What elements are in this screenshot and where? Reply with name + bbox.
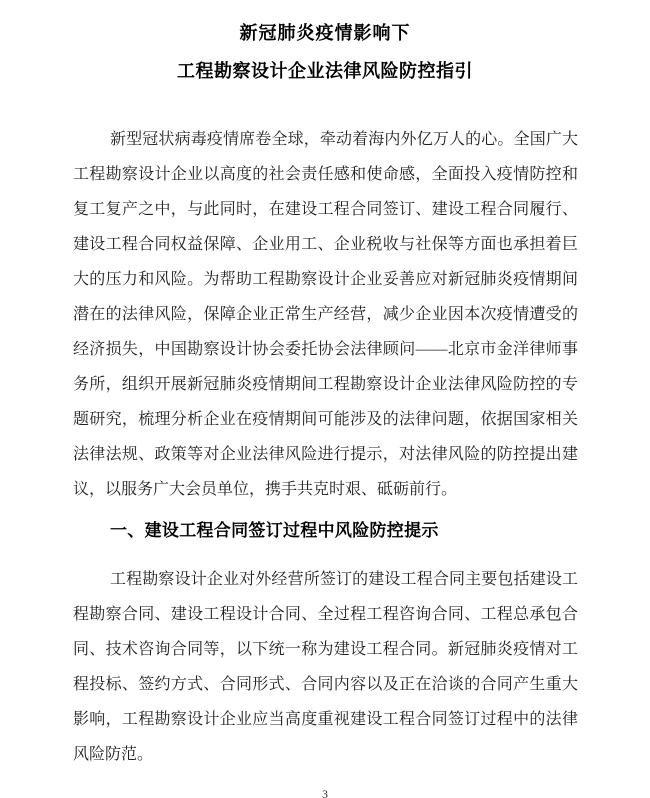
document-page: 新冠肺炎疫情影响下 工程勘察设计企业法律风险防控指引 新型冠状病毒疫情席卷全球，… (0, 0, 650, 798)
paragraph-2-line: 风险防范。 (73, 737, 578, 772)
paragraph-1-line: 复工复产之中，与此同时，在建设工程合同签订、建设工程合同履行、 (73, 192, 578, 227)
paragraph-1-line: 议，以服务广大会员单位，携手共克时艰、砥砺前行。 (73, 472, 578, 507)
paragraph-2-line: 程投标、签约方式、合同形式、合同内容以及正在洽谈的合同产生重大 (73, 667, 578, 702)
paragraph-2-line: 程勘察合同、建设工程设计合同、全过程工程咨询合同、工程总承包合 (73, 597, 578, 632)
paragraph-1: 新型冠状病毒疫情席卷全球，牵动着海内外亿万人的心。全国广大 工程勘察设计企业以高… (73, 122, 578, 507)
paragraph-2-line: 同、技术咨询合同等，以下统一称为建设工程合同。新冠肺炎疫情对工 (73, 632, 578, 667)
paragraph-1-line: 潜在的法律风险，保障企业正常生产经营，减少企业因本次疫情遭受的 (73, 297, 578, 332)
paragraph-1-line: 建设工程合同权益保障、企业用工、企业税收与社保等方面也承担着巨 (73, 227, 578, 262)
paragraph-1-line: 经济损失，中国勘察设计协会委托协会法律顾问——北京市金洋律师事 (73, 332, 578, 367)
paragraph-1-line: 新型冠状病毒疫情席卷全球，牵动着海内外亿万人的心。全国广大 (73, 122, 578, 157)
paragraph-2-line: 工程勘察设计企业对外经营所签订的建设工程合同主要包括建设工 (73, 562, 578, 597)
document-title-line-1: 新冠肺炎疫情影响下 (0, 19, 650, 47)
section-1-heading: 一、建设工程合同签订过程中风险防控提示 (73, 513, 578, 548)
page-number: 3 (0, 787, 650, 798)
paragraph-1-line: 工程勘察设计企业以高度的社会责任感和使命感，全面投入疫情防控和 (73, 157, 578, 192)
paragraph-2-line: 影响，工程勘察设计企业应当高度重视建设工程合同签订过程中的法律 (73, 702, 578, 737)
paragraph-1-line: 大的压力和风险。为帮助工程勘察设计企业妥善应对新冠肺炎疫情期间 (73, 262, 578, 297)
paragraph-1-line: 题研究，梳理分析企业在疫情期间可能涉及的法律问题，依据国家相关 (73, 402, 578, 437)
paragraph-2: 工程勘察设计企业对外经营所签订的建设工程合同主要包括建设工 程勘察合同、建设工程… (73, 562, 578, 772)
document-title-line-2: 工程勘察设计企业法律风险防控指引 (0, 57, 650, 85)
paragraph-1-line: 法律法规、政策等对企业法律风险进行提示，对法律风险的防控提出建 (73, 437, 578, 472)
paragraph-1-line: 务所，组织开展新冠肺炎疫情期间工程勘察设计企业法律风险防控的专 (73, 367, 578, 402)
